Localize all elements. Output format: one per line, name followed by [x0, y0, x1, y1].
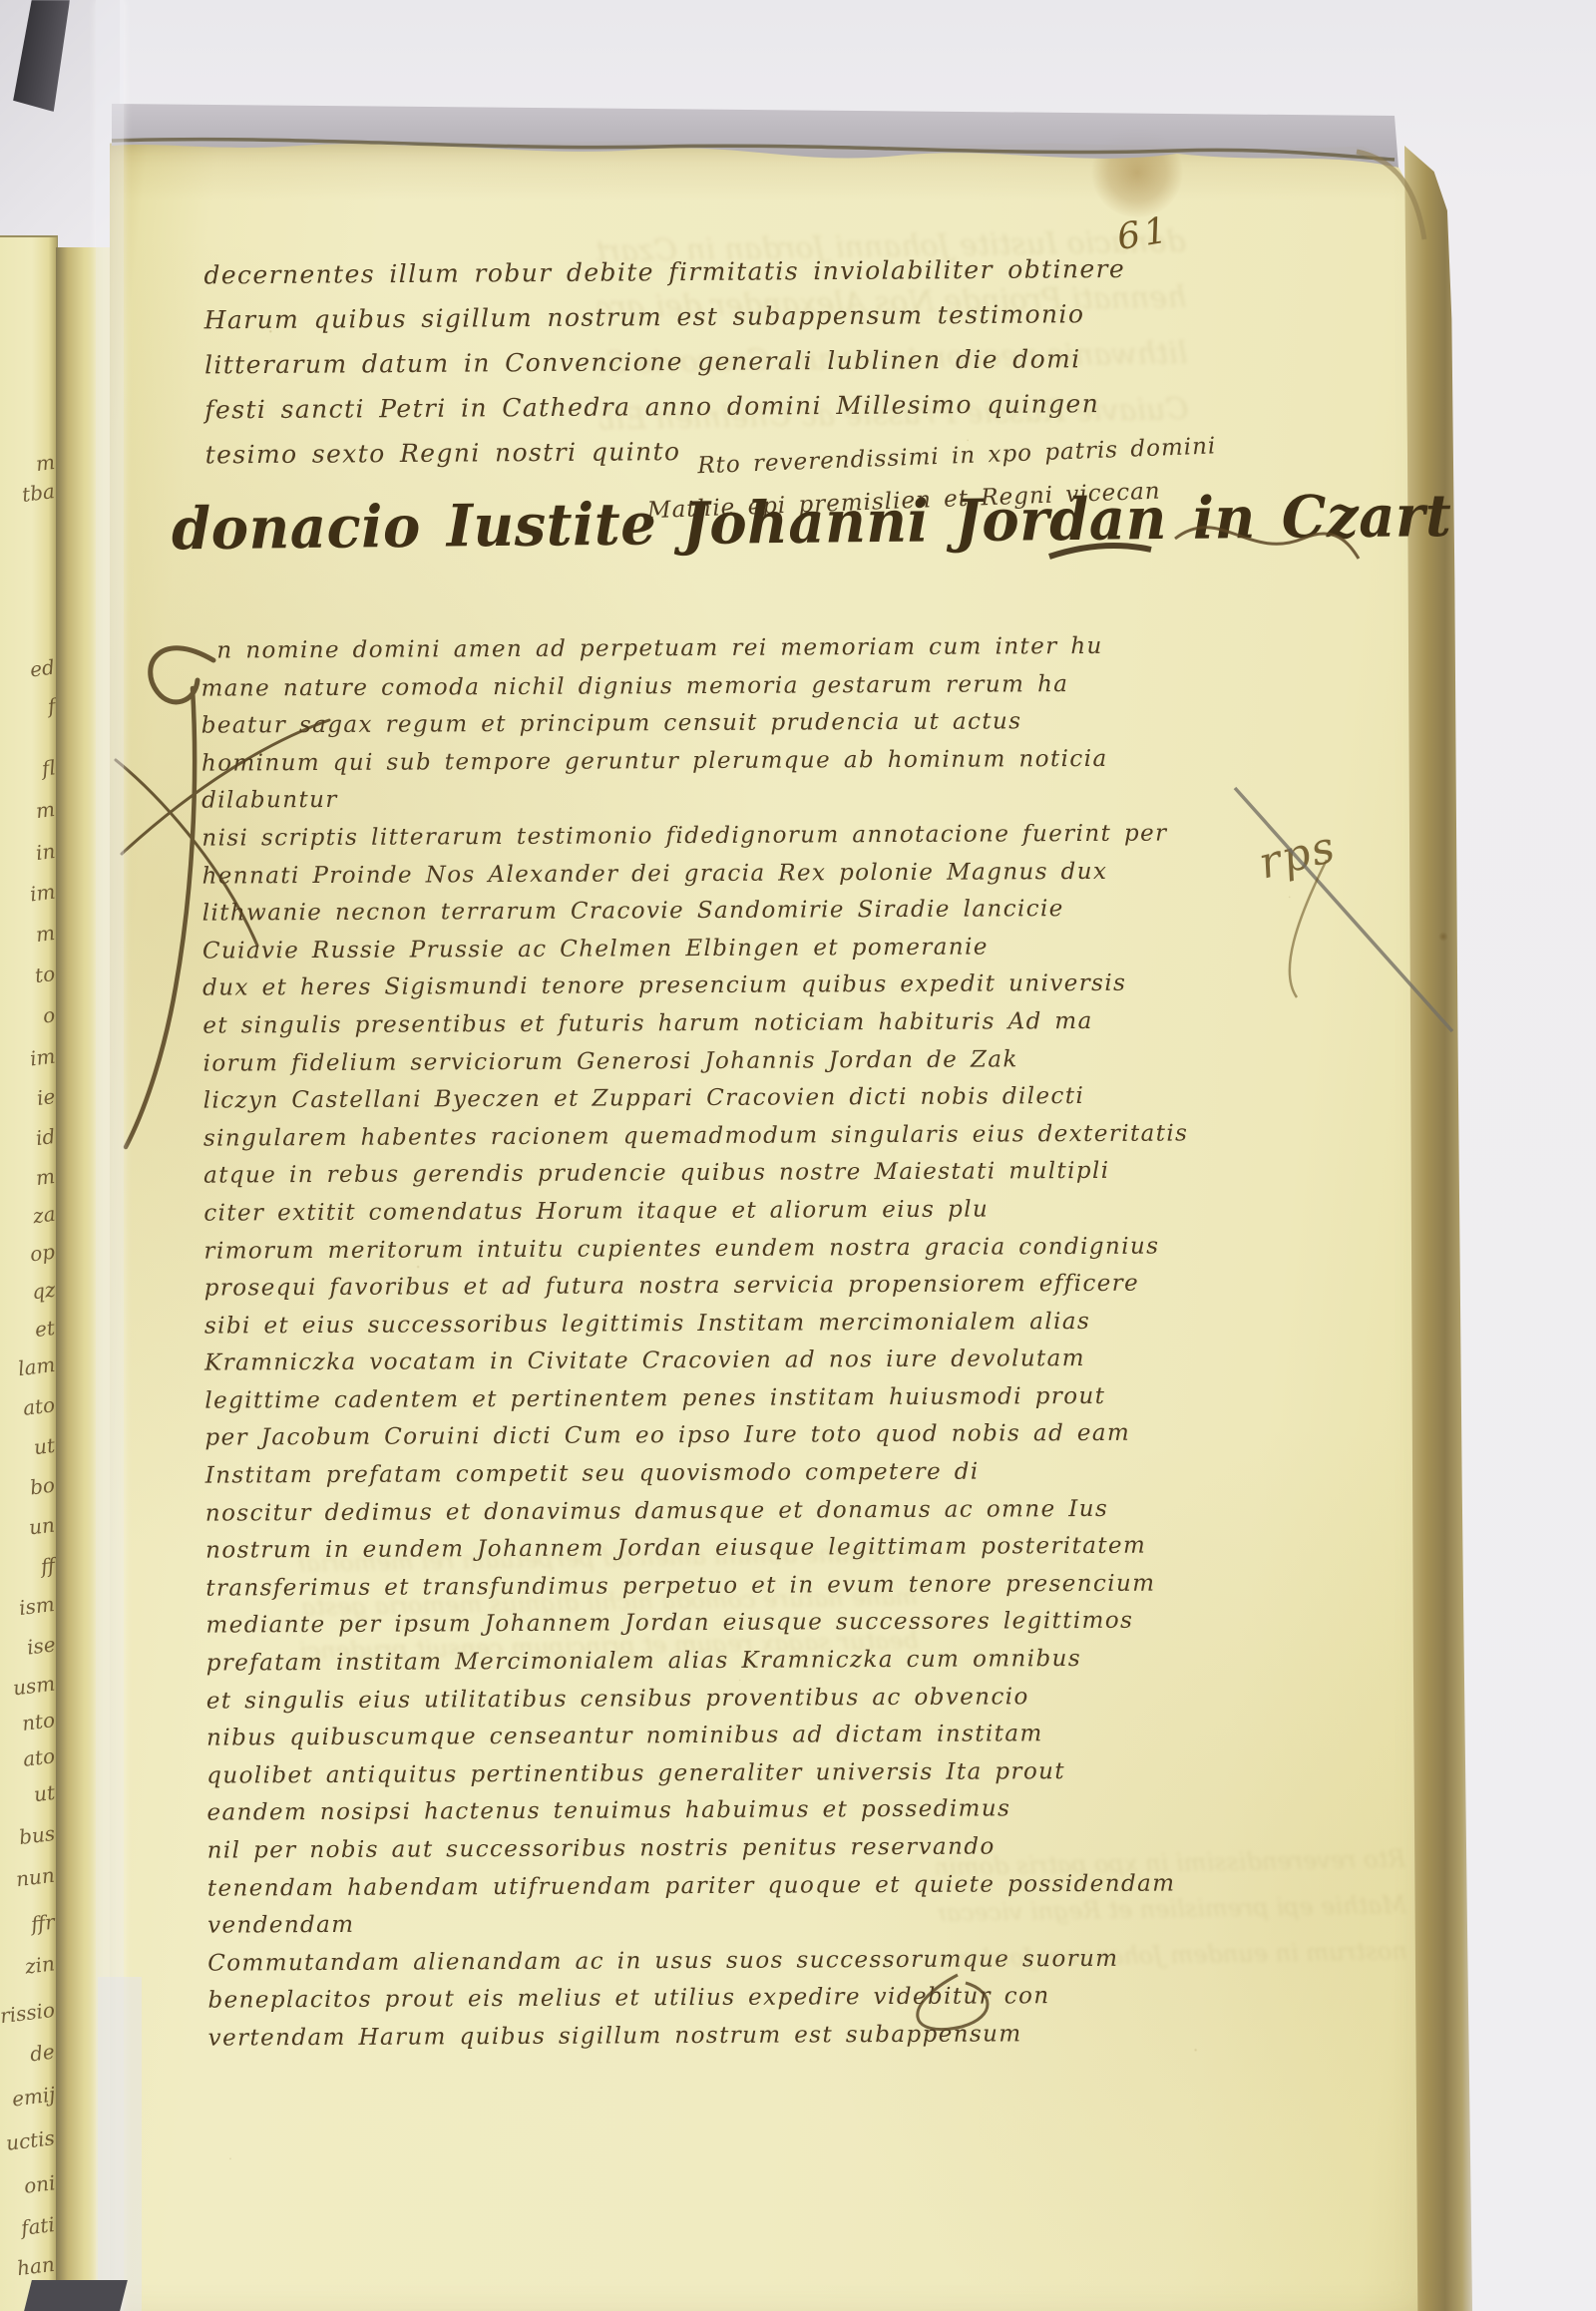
facing-page-fragment: fati	[20, 2212, 56, 2240]
facing-page-edge: mtbaedfflminimmtooimieidmzaopqzetlamatou…	[0, 235, 58, 2311]
facing-page-fragment: ie	[35, 1084, 56, 1110]
text-line: legittime cadentem et pertinentem penes …	[204, 1377, 1207, 1420]
film-strip-bottom	[98, 1977, 142, 2311]
text-line: et singulis eius utilitatibus censibus p…	[206, 1678, 1209, 1721]
facing-page-fragment: ff	[39, 1553, 56, 1579]
facing-page-fragment: usm	[12, 1672, 57, 1701]
bottom-clamp	[24, 2280, 128, 2311]
text-line: hennati Proinde Nos Alexander dei gracia…	[201, 853, 1204, 896]
facing-page-fragment: ut	[33, 1780, 57, 1806]
text-line: nostrum in eundem Johannem Jordan eiusqu…	[205, 1528, 1208, 1571]
facing-page-fragment: ed	[29, 655, 56, 682]
film-strip	[96, 0, 124, 2311]
text-line: noscitur dedimus et donavimus damusque e…	[205, 1490, 1208, 1533]
chapter-heading: donacio Iustite Johanni Jordan in Czart	[172, 484, 1250, 564]
text-line: hominum qui sub tempore geruntur plerumq…	[201, 740, 1204, 820]
text-line: quolibet antiquitus pertinentibus genera…	[206, 1752, 1209, 1795]
text-line: et singulis presentibus et futuris harum…	[202, 1002, 1205, 1045]
facing-page-fragment: nun	[15, 1863, 56, 1892]
text-line: eandem nosipsi hactenus tenuimus habuimu…	[206, 1790, 1209, 1833]
facing-page-fragment: ffr	[30, 1910, 56, 1937]
facing-page-fragment: emij	[10, 2082, 56, 2111]
text-line: prosequi favoribus et ad futura nostra s…	[204, 1265, 1207, 1308]
facing-page-fragment: in	[34, 839, 56, 865]
text-line: Kramniczka vocatam in Civitate Cracovien…	[204, 1341, 1207, 1383]
facing-page-fragment: oni	[22, 2170, 56, 2198]
facing-page-fragment: za	[31, 1202, 56, 1229]
text-line: nisi scriptis litterarum testimonio fide…	[201, 815, 1204, 858]
facing-page-fragment: o	[42, 1002, 57, 1027]
text-line: Harum quibus sigillum nostrum est subapp…	[204, 291, 1182, 343]
text-line: atque in rebus gerendis prudencie quibus…	[203, 1153, 1206, 1196]
facing-page-fragment: ato	[22, 1743, 57, 1771]
facing-page-fragment: rissio	[0, 1998, 56, 2029]
body-text: n nomine domini amen ad perpetuam rei me…	[200, 627, 1210, 2058]
manuscript-photo: { "document": { "folio_number": "61", "h…	[0, 0, 1596, 2311]
facing-page-fragment: ut	[33, 1433, 57, 1459]
facing-page-fragment: im	[28, 880, 56, 907]
facing-page-fragment: m	[35, 1164, 57, 1190]
facing-page-fragment: zin	[24, 1951, 57, 1978]
text-line: per Jacobum Coruini dicti Cum eo ipso Iu…	[204, 1415, 1207, 1458]
facing-page-fragment: bus	[18, 1821, 57, 1849]
text-line: lithwanie necnon terrarum Cracovie Sando…	[202, 891, 1205, 934]
text-line: rimorum meritorum intuitu cupientes eund…	[203, 1228, 1206, 1271]
facing-page-fragment: op	[29, 1240, 57, 1267]
text-line: beneplacitos prout eis melius et utilius…	[207, 1978, 1210, 2021]
facing-page-fragment: un	[28, 1513, 56, 1540]
text-line: nibus quibuscumque censeantur nominibus …	[206, 1716, 1209, 1758]
text-line: litterarum datum in Convencione generali…	[204, 336, 1182, 388]
facing-page-fragment: lam	[16, 1352, 56, 1380]
text-line: mediante per ipsum Johannem Jordan eiusq…	[205, 1603, 1208, 1646]
facing-page-fragment: id	[34, 1124, 56, 1150]
text-line: dux et heres Sigismundi tenore presenciu…	[202, 965, 1205, 1008]
facing-page-fragment: tba	[21, 479, 56, 507]
text-line: prefatam institam Mercimonialem alias Kr…	[206, 1640, 1209, 1683]
facing-page-fragment: han	[16, 2252, 56, 2280]
facing-page-fragment: m	[35, 797, 57, 823]
text-line: singularem habentes racionem quemadmodum…	[203, 1115, 1206, 1158]
text-line: nil per nobis aut successoribus nostris …	[207, 1827, 1210, 1870]
facing-page-fragment: to	[34, 962, 57, 987]
text-line: festi sancti Petri in Cathedra anno domi…	[204, 381, 1182, 433]
facing-page-fragment: et	[34, 1316, 57, 1342]
stain	[1091, 128, 1183, 217]
text-line: liczyn Castellani Byeczen et Zuppari Cra…	[203, 1077, 1206, 1120]
text-line: vertendam Harum quibus sigillum nostrum …	[208, 2015, 1211, 2058]
facing-page-fragment: uctis	[5, 2125, 56, 2155]
text-line: transferimus et transfundimus perpetuo e…	[205, 1565, 1208, 1608]
text-line: n nomine domini amen ad perpetuam rei me…	[200, 627, 1203, 670]
text-line: Commutandam alienandam ac in usus suos s…	[207, 1940, 1210, 1983]
text-line: tenendam habendam utifruendam pariter qu…	[207, 1865, 1210, 1945]
text-line: mane nature comoda nichil dignius memori…	[200, 665, 1203, 708]
facing-page-fragment: de	[29, 2040, 56, 2067]
facing-page-fragment: fl	[40, 755, 56, 780]
facing-page-fragment: ato	[22, 1392, 57, 1420]
facing-page-fragment: nto	[21, 1708, 57, 1735]
text-line: decernentes illum robur debite firmitati…	[203, 246, 1181, 298]
facing-page-fragment: qz	[30, 1278, 56, 1305]
text-line: Institam prefatam competit seu quovismod…	[205, 1452, 1208, 1495]
text-line: iorum fidelium serviciorum Generosi Joha…	[202, 1040, 1205, 1083]
facing-page-fragment: m	[35, 921, 57, 947]
facing-page-fragment: bo	[29, 1473, 57, 1500]
facing-page-fragment: m	[35, 450, 57, 476]
text-line: Cuiavie Russie Prussie ac Chelmen Elbing…	[202, 928, 1205, 970]
text-line: beatur sagax regum et principum censuit …	[201, 703, 1204, 746]
facing-page-fragment: ise	[25, 1632, 56, 1659]
text-line: sibi et eius successoribus legittimis In…	[204, 1303, 1207, 1346]
facing-page-fragment: f	[46, 694, 56, 719]
ink-speck	[1438, 932, 1448, 942]
facing-page-fragment: ism	[18, 1592, 56, 1620]
text-line: citer extitit comendatus Horum itaque et…	[203, 1190, 1206, 1233]
facing-page-fragment: im	[28, 1044, 56, 1071]
